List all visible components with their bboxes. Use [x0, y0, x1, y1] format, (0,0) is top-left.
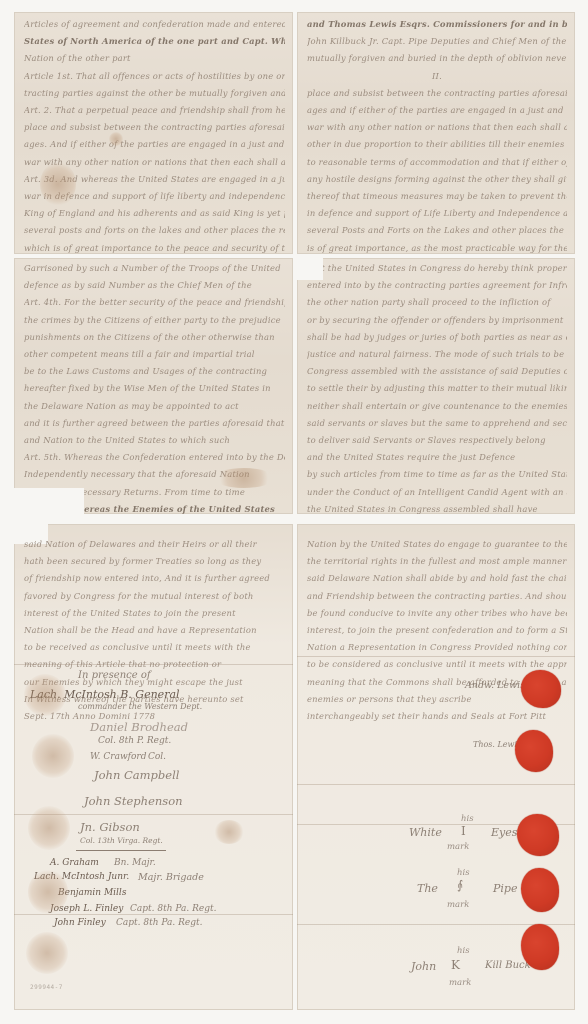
text-line: favored by Congress for the mutual inter…	[24, 588, 285, 605]
text-line: be to the Laws Customs and Usages of the…	[24, 363, 285, 380]
text-line: shall be had by judges or juries of both…	[307, 329, 567, 346]
witness-signature: Jn. Gibson	[80, 820, 140, 834]
text-line: interest of the United States to join th…	[24, 605, 285, 622]
text-line: the United States in Congress assembled …	[307, 501, 567, 514]
wax-seal	[521, 670, 561, 708]
witness-title: Capt. 8th Pa. Regt.	[130, 904, 216, 914]
fold-line	[14, 664, 293, 665]
signatory-name: Pipe	[493, 882, 517, 895]
seal-ghost-stain	[26, 932, 68, 974]
witness-signature: Benjamin Mills	[58, 888, 126, 898]
text-block-middle-right: that the United States in Congress do he…	[307, 260, 567, 514]
text-line: Articles of agreement and confederation …	[24, 16, 285, 33]
text-block-top-right: and Thomas Lewis Esqrs. Commissioners fo…	[307, 16, 567, 254]
witness-heading: In presence of	[78, 670, 151, 681]
text-line: neither shall entertain or give countena…	[307, 398, 567, 415]
witness-signature: John Stephenson	[84, 794, 183, 808]
catalog-number: 299944-7	[30, 984, 63, 991]
witness-title: Majr. Brigade	[138, 872, 204, 883]
his-label: his	[457, 868, 470, 878]
witness-signature: W. Crawford	[90, 752, 146, 762]
text-line: ages. And if either of the parties are e…	[24, 136, 285, 153]
signatory-name: Andw. Lewis	[465, 680, 525, 691]
text-line: and the United States require the just D…	[307, 449, 567, 466]
text-line: entered into by the contracting parties …	[307, 277, 567, 294]
text-line: hath been secured by former Treaties so …	[24, 553, 285, 570]
text-line: Article 1st. That all offences or acts o…	[24, 68, 285, 85]
text-line: Garrisoned by such a Number of the Troop…	[24, 260, 285, 277]
panel-lower-left: said Nation of Delawares and their Heirs…	[14, 524, 293, 1010]
text-line: and Friendship between the contracting p…	[307, 588, 567, 605]
text-line: Art. 2. That a perpetual peace and frien…	[24, 102, 285, 119]
text-line: interchangeably set their hands and Seal…	[307, 708, 567, 725]
text-line: of friendship now entered into, And it i…	[24, 570, 285, 587]
witness-title: Col. 13th Virga. Regt.	[80, 836, 163, 845]
text-line: under the Conduct of an Intelligent Cand…	[307, 484, 567, 501]
mark-label: mark	[449, 978, 471, 988]
witness-title: Capt. 8th Pa. Regt.	[116, 918, 202, 928]
text-line: by such articles from time to time as fa…	[307, 466, 567, 483]
text-line: interest, to join the present confederat…	[307, 622, 567, 639]
wax-seal	[517, 814, 559, 856]
text-line: John Killbuck Jr. Capt. Pipe Deputies an…	[307, 33, 567, 50]
witness-title: Bn. Majr.	[114, 858, 156, 868]
text-line: and Nation to the United States to which…	[24, 432, 285, 449]
signatory-name: John	[411, 960, 436, 973]
text-line: or by securing the offender or offenders…	[307, 312, 567, 329]
text-line: ages and if either of the parties are en…	[307, 102, 567, 119]
text-line: to deliver said Servants or Slaves respe…	[307, 432, 567, 449]
witness-signature: Daniel Brodhead	[90, 720, 188, 734]
text-line: Art. 4th. For the better security of the…	[24, 294, 285, 311]
paper-tear	[297, 258, 323, 280]
witness-title: Col.	[148, 752, 166, 762]
witness-signature: A. Graham	[50, 858, 99, 868]
witness-title: commander the Western Dept.	[78, 702, 202, 711]
text-line: meaning of this Article that no protecti…	[24, 656, 285, 673]
seal-ghost-stain	[32, 734, 74, 778]
text-line: hereafter fixed by the Wise Men of the U…	[24, 380, 285, 397]
signatory-name: White	[409, 826, 442, 839]
panel-middle-right: that the United States in Congress do he…	[297, 258, 575, 514]
seal-ghost-stain	[24, 674, 66, 716]
mark-label: mark	[447, 842, 469, 852]
text-line: any hostile designs forming against the …	[307, 171, 567, 188]
text-line: the Delaware Nation as may be appointed …	[24, 398, 285, 415]
text-line: Art. 5th. Whereas the Confederation ente…	[24, 449, 285, 466]
panel-middle-left: Garrisoned by such a Number of the Troop…	[14, 258, 293, 514]
text-line: and Thomas Lewis Esqrs. Commissioners fo…	[307, 16, 567, 33]
his-label: his	[457, 946, 470, 956]
text-line: war with any other nation or nations tha…	[307, 119, 567, 136]
text-line: and it is further agreed between the par…	[24, 415, 285, 432]
text-line: Congress assembled with the assistance o…	[307, 363, 567, 380]
text-line: punishments on the Citizens of the other…	[24, 329, 285, 346]
his-label: his	[461, 814, 474, 824]
stain	[40, 162, 76, 206]
text-line: in defence and support of Life Liberty a…	[307, 205, 567, 222]
text-line: which is of great importance to the peac…	[24, 240, 285, 254]
signatory-name: Kill Buck	[485, 960, 531, 971]
text-line: said Nation of Delawares and their Heirs…	[24, 536, 285, 553]
stain	[214, 468, 274, 488]
text-line: Nation by the United States do engage to…	[307, 536, 567, 553]
text-line: the crimes by the Citizens of either par…	[24, 312, 285, 329]
fold-line	[297, 784, 575, 785]
text-line: said Delaware Nation shall abide by and …	[307, 570, 567, 587]
stain	[109, 132, 123, 146]
mark-glyph: ⨙	[457, 878, 463, 892]
text-line: to be considered as conclusive until it …	[307, 656, 567, 673]
text-line: be found conducive to invite any other t…	[307, 605, 567, 622]
text-line: defence as by said Number as the Chief M…	[24, 277, 285, 294]
text-line: place and subsist between the contractin…	[24, 119, 285, 136]
text-line: Nation of the other part	[24, 50, 285, 67]
text-line: is of great importance, as the most prac…	[307, 240, 567, 254]
text-line: II.	[307, 68, 567, 85]
wax-seal	[521, 924, 559, 970]
text-line: other competent means till a fair and im…	[24, 346, 285, 363]
divider-line	[76, 850, 166, 851]
text-line: to be received as conclusive until it me…	[24, 639, 285, 656]
mark-label: mark	[447, 900, 469, 910]
fold-line	[14, 914, 293, 915]
panel-lower-right: Nation by the United States do engage to…	[297, 524, 575, 1010]
fold-line	[297, 656, 575, 657]
text-line: King of England and his adherents and as…	[24, 205, 285, 222]
text-line: said servants or slaves but the same to …	[307, 415, 567, 432]
text-line: Nation shall be the Head and have a Repr…	[24, 622, 285, 639]
panel-top-right: and Thomas Lewis Esqrs. Commissioners fo…	[297, 12, 575, 254]
mark-glyph: I	[461, 824, 466, 838]
text-line: several Posts and Forts on the Lakes and…	[307, 222, 567, 239]
signatory-name: Thos. Lewis	[473, 740, 521, 749]
wax-seal	[515, 730, 553, 772]
text-line: thereof that timeous measures may be tak…	[307, 188, 567, 205]
text-line: Nation a Representation in Congress Prov…	[307, 639, 567, 656]
text-line: to settle their by adjusting this matter…	[307, 380, 567, 397]
text-line: other in due proportion to their abiliti…	[307, 136, 567, 153]
text-line: several posts and forts on the lakes and…	[24, 222, 285, 239]
text-line: the territorial rights in the fullest an…	[307, 553, 567, 570]
text-line: mutually forgiven and buried in the dept…	[307, 50, 567, 67]
witness-signature: John Finley	[54, 918, 106, 928]
text-line: to reasonable terms of accommodation and…	[307, 154, 567, 171]
signatory-name: Eyes	[491, 826, 517, 839]
text-line: tracting parties against the other be mu…	[24, 85, 285, 102]
text-line: that the United States in Congress do he…	[307, 260, 567, 277]
signatory-name: The	[417, 882, 438, 895]
stain	[214, 820, 244, 844]
seal-ghost-stain	[28, 870, 68, 914]
text-line: justice and natural fairness. The mode o…	[307, 346, 567, 363]
text-line: the other nation party shall proceed to …	[307, 294, 567, 311]
witness-title: Col. 8th P. Regt.	[98, 736, 171, 746]
text-line: States of North America of the one part …	[24, 33, 285, 50]
panel-top-left: Articles of agreement and confederation …	[14, 12, 293, 254]
text-block-top-left: Articles of agreement and confederation …	[24, 16, 285, 254]
mark-glyph: K	[451, 958, 460, 972]
text-line: place and subsist between the contractin…	[307, 85, 567, 102]
witness-signature: John Campbell	[94, 768, 179, 782]
wax-seal	[521, 868, 559, 912]
paper-tear	[14, 488, 84, 514]
seal-ghost-stain	[28, 806, 70, 850]
